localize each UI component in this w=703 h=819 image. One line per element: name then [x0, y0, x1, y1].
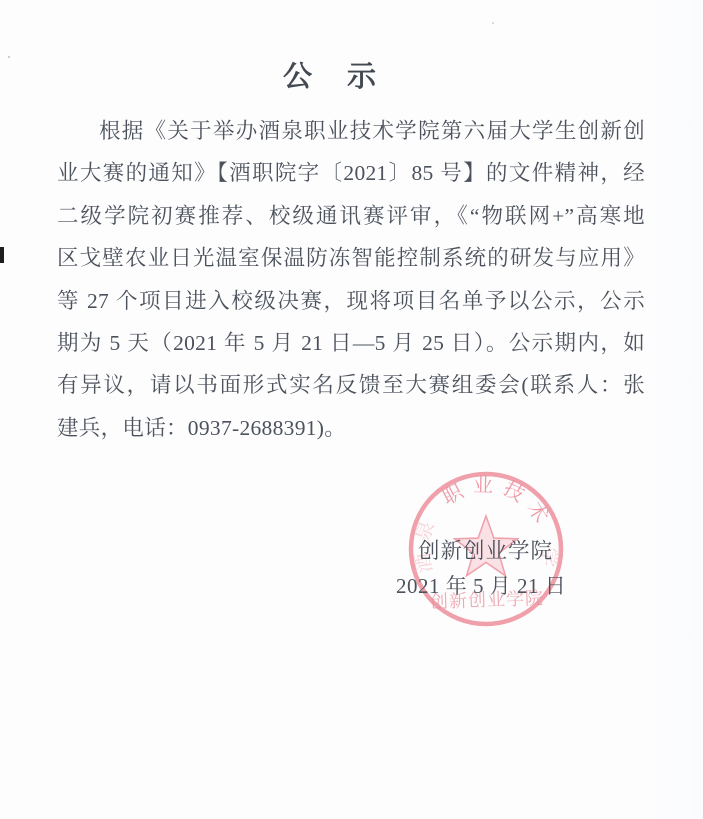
- body-line: 根据《关于举办酒泉职业技术学院第六届大学生创新创: [57, 110, 645, 152]
- scan-speck: [492, 22, 494, 24]
- announcement-body: 根据《关于举办酒泉职业技术学院第六届大学生创新创 业大赛的通知》【酒职院字〔20…: [57, 110, 645, 449]
- body-line: 区戈壁农业日光温室保温防冻智能控制系统的研发与应用》: [57, 237, 645, 279]
- body-line: 有异议，请以书面形式实名反馈至大赛组委会(联系人：张: [57, 364, 645, 406]
- body-line: 等 27 个项目进入校级决赛，现将项目名单予以公示，公示: [57, 280, 645, 322]
- seal-arc-mid: 职业技术: [439, 474, 558, 534]
- signature-organization: 创新创业学院: [418, 534, 553, 565]
- body-line: 建兵，电话：0937-2688391)。: [57, 407, 645, 449]
- scan-edge-artifact: [0, 247, 4, 263]
- scanned-document-page: 公 示 根据《关于举办酒泉职业技术学院第六届大学生创新创 业大赛的通知》【酒职院…: [0, 0, 703, 819]
- signature-date: 2021 年 5 月 21 日: [396, 570, 566, 600]
- body-line: 期为 5 天（2021 年 5 月 21 日—5 月 25 日）。公示期内，如: [57, 322, 645, 364]
- body-line: 业大赛的通知》【酒职院字〔2021〕85 号】的文件精神，经: [57, 152, 645, 194]
- scan-speck: [8, 56, 10, 58]
- document-title: 公 示: [0, 54, 662, 95]
- body-line: 二级学院初赛推荐、校级通讯赛评审，《“物联网+”高寒地: [57, 195, 645, 237]
